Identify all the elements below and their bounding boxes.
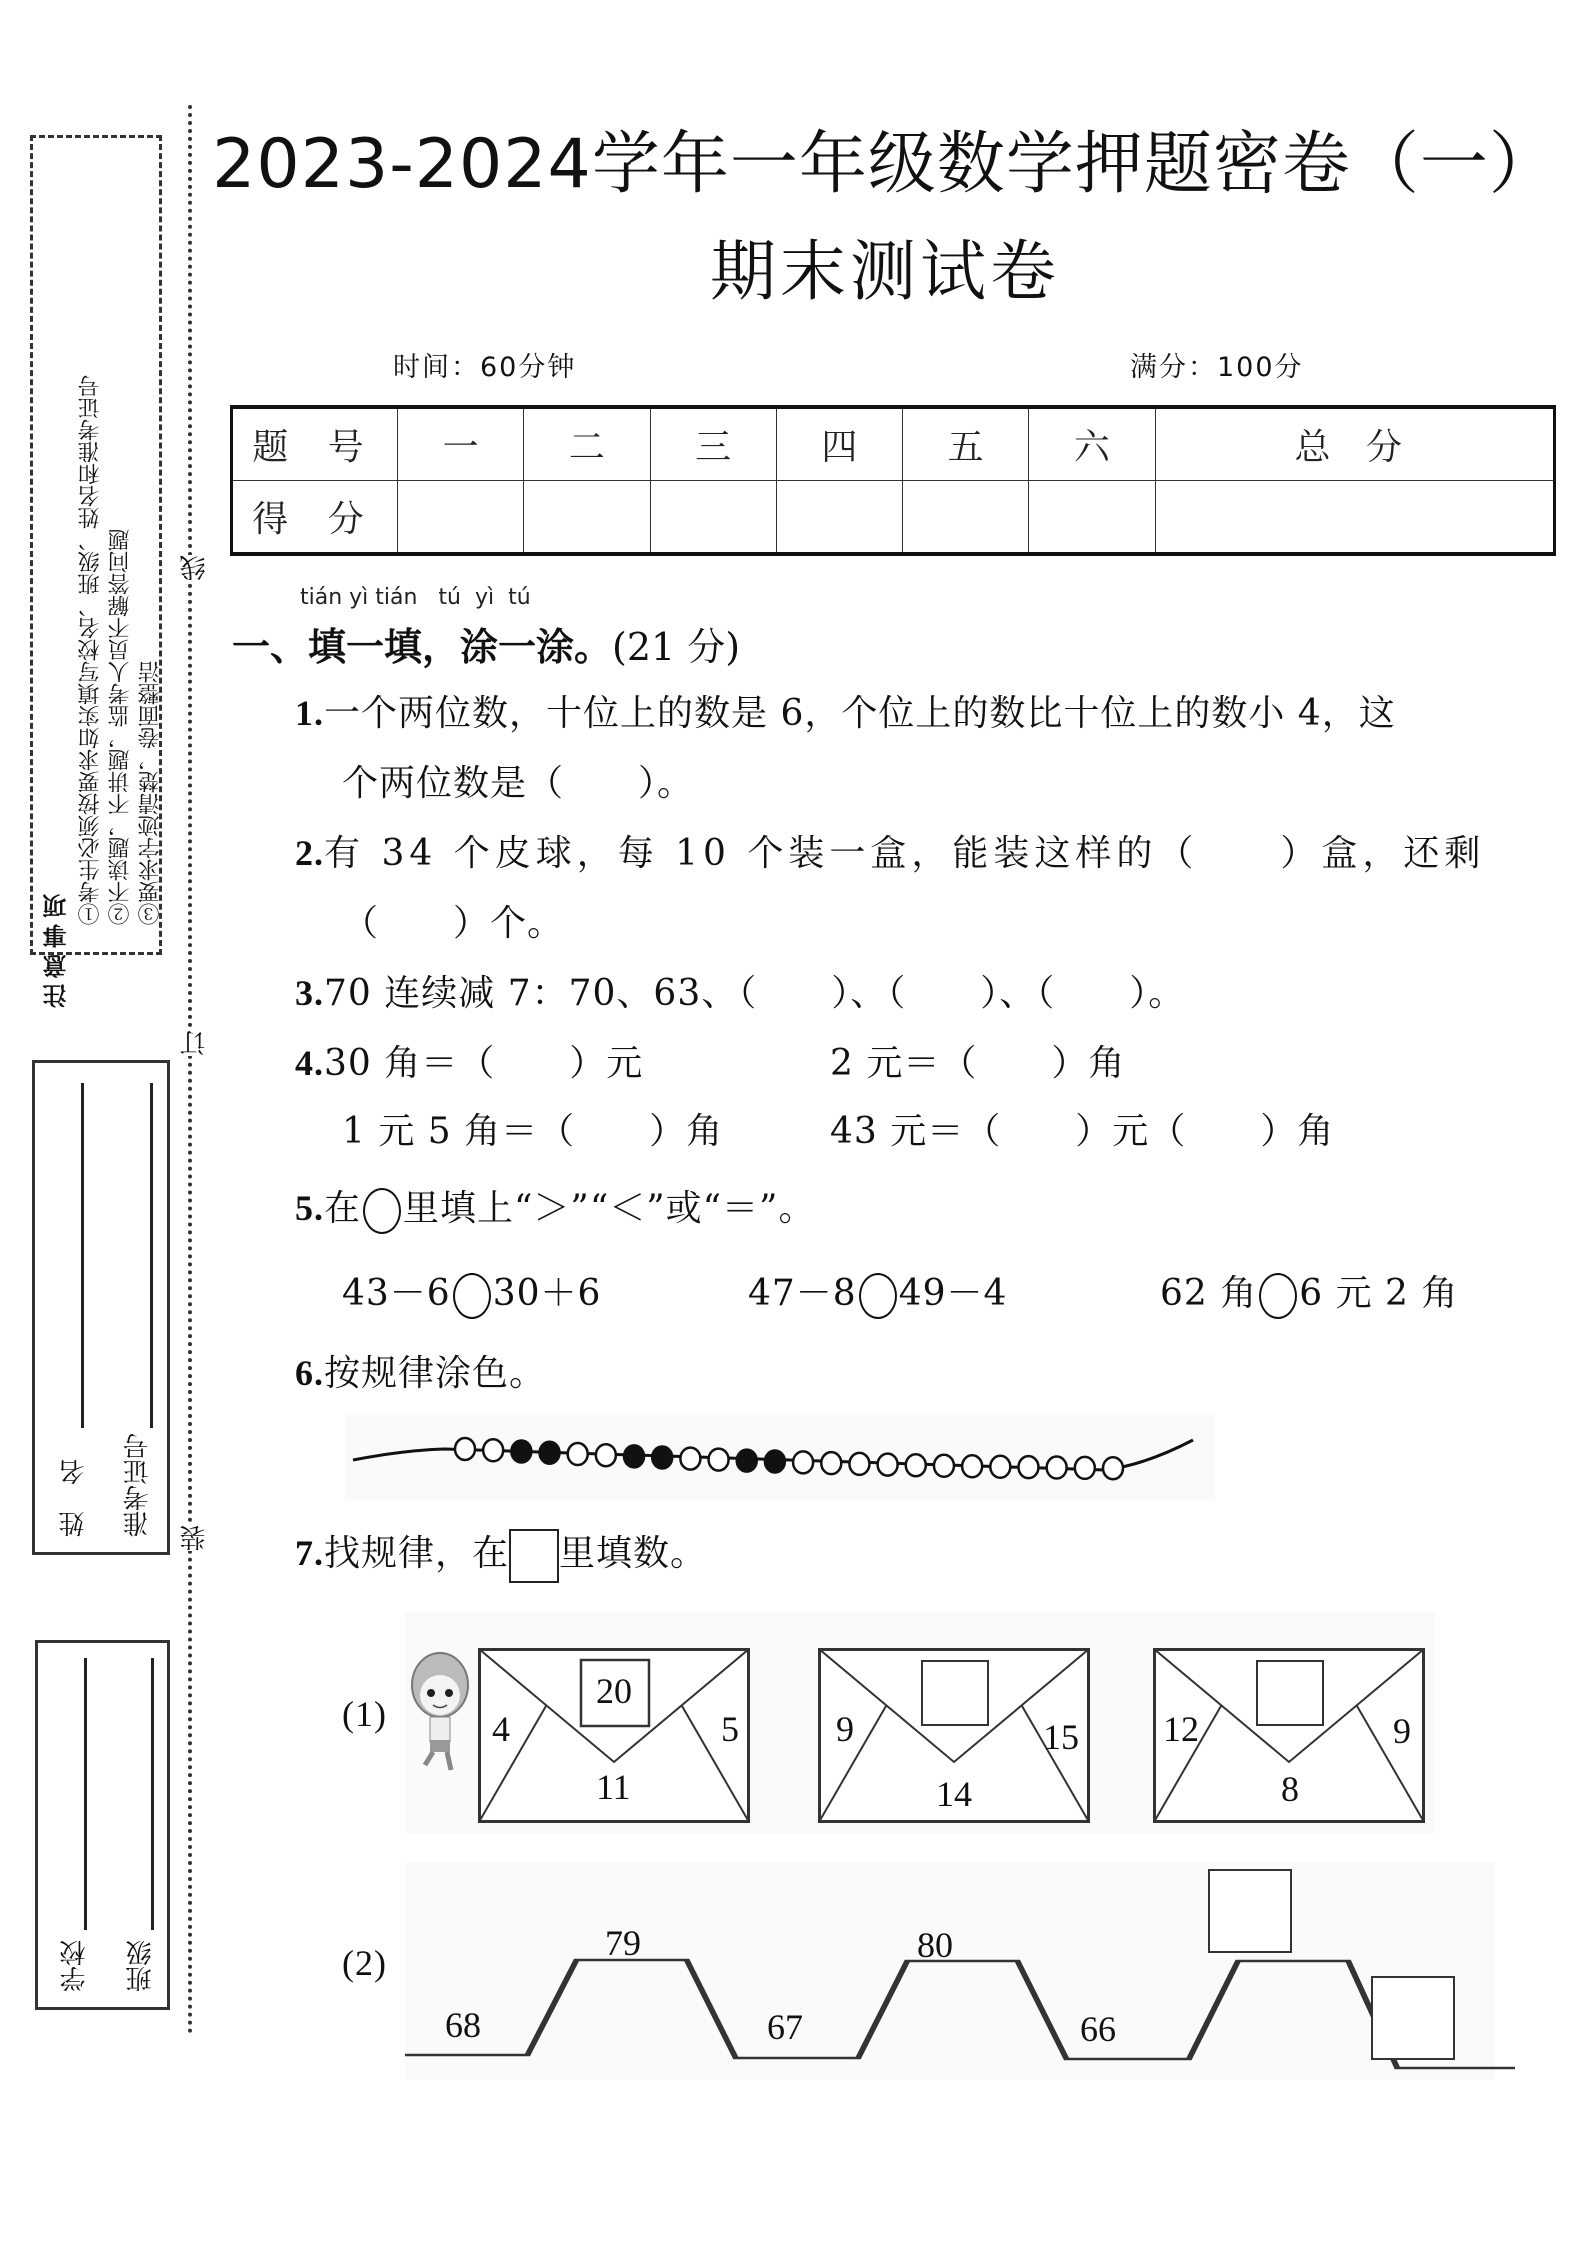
score-cell: 六 (1029, 407, 1155, 481)
bead-empty[interactable] (709, 1449, 729, 1471)
exam-id-input[interactable] (150, 1083, 153, 1428)
zigzag-low-value: 66 (1080, 2008, 1116, 2050)
cut-mark-line: 线 (176, 555, 213, 581)
envelope-3: 12 9 8 (1153, 1648, 1425, 1823)
zigzag-low-value: 68 (445, 2004, 481, 2046)
part-2-label: (2) (342, 1942, 387, 1984)
score-cell: 得 分 (232, 481, 398, 555)
envelope-top-value: 20 (596, 1670, 632, 1712)
compare-left: 62 角 (1160, 1273, 1257, 1314)
compare-item-3: 62 角6 元 2 角 (1160, 1265, 1458, 1319)
question-number: 1. (295, 693, 324, 733)
question-number: 7. (295, 1533, 324, 1573)
bead-empty[interactable] (455, 1438, 475, 1460)
bead-empty[interactable] (1103, 1457, 1123, 1479)
question-5: 5.在里填上“＞”“＜”或“＝”。 (295, 1180, 815, 1234)
bead-empty[interactable] (962, 1455, 982, 1477)
score-table-score-row: 得 分 (232, 481, 1555, 555)
envelope-right-value: 15 (1043, 1716, 1079, 1758)
question-4a[interactable]: 30 角＝（ ）元 (324, 1043, 643, 1084)
bead-empty[interactable] (596, 1444, 616, 1466)
bead-empty[interactable] (821, 1452, 841, 1474)
bead-empty[interactable] (878, 1454, 898, 1476)
compare-left: 43－6 (342, 1273, 451, 1314)
envelope-left-value: 4 (492, 1708, 510, 1750)
class-label: 班级 (122, 1940, 159, 1992)
question-2: 2.有 34 个皮球，每 10 个装一盒，能装这样的（ ）盒，还剩 (295, 825, 1485, 876)
bead-empty[interactable] (990, 1456, 1010, 1478)
compare-circle[interactable] (859, 1273, 897, 1319)
score-input-cell[interactable] (1155, 481, 1555, 555)
bead-string (345, 1415, 1215, 1500)
envelope-top-answer-box[interactable] (1256, 1660, 1324, 1726)
zigzag-figure: 68 79 67 80 66 (405, 1862, 1515, 2080)
question-text: 里填上“＞”“＜”或“＝”。 (403, 1188, 815, 1229)
score-input-cell[interactable] (1029, 481, 1155, 555)
compare-right: 49－4 (899, 1273, 1008, 1314)
compare-right: 30＋6 (493, 1273, 602, 1314)
zigzag-low-value: 67 (767, 2006, 803, 2048)
name-label: 姓 名 (55, 1459, 92, 1537)
compare-left: 47－8 (748, 1273, 857, 1314)
section-title-text: 一、填一填，涂一涂。 (232, 625, 612, 669)
zigzag-high-value: 79 (605, 1922, 641, 1964)
question-number: 4. (295, 1043, 324, 1083)
student-info-box-1: 姓 名 准考证号 (32, 1060, 170, 1555)
question-4: 4.30 角＝（ ）元 (295, 1035, 643, 1086)
score-table-header-row: 题 号 一 二 三 四 五 六 总 分 (232, 407, 1555, 481)
score-cell: 二 (524, 407, 650, 481)
compare-circle[interactable] (453, 1273, 491, 1319)
notice-item-2: ②不读题，不讲题，监考人员不解答问题 (104, 410, 138, 925)
question-4d[interactable]: 43 元＝（ ）元（ ）角 (830, 1103, 1334, 1154)
score-input-cell[interactable] (903, 481, 1029, 555)
question-text: 一个两位数，十位上的数是 6，个位上的数比十位上的数小 4，这 (324, 693, 1396, 734)
bead-empty[interactable] (1047, 1457, 1067, 1479)
bead-empty[interactable] (1075, 1457, 1095, 1479)
bead-empty[interactable] (568, 1443, 588, 1465)
bead-empty[interactable] (906, 1454, 926, 1476)
score-input-cell[interactable] (398, 481, 524, 555)
notice-item-1: ①考生必须按要求如实填写校名、班级、姓名和准考证号 (74, 225, 108, 925)
bead-empty[interactable] (680, 1448, 700, 1470)
notice-item-3: ③要求字迹清楚，卷面整洁 (134, 560, 168, 925)
question-number: 2. (295, 833, 324, 873)
bead-filled (511, 1441, 531, 1463)
bead-empty[interactable] (849, 1453, 869, 1475)
section-pinyin: tián yì tián tú yì tú (300, 585, 531, 610)
bead-string-figure (345, 1415, 1215, 1500)
bead-filled (624, 1445, 644, 1467)
score-cell: 四 (776, 407, 902, 481)
cut-mark-staple: 装 (176, 1525, 213, 1551)
notice-label: 注意事项 (40, 888, 72, 1008)
envelope-bottom-value: 8 (1281, 1768, 1299, 1810)
score-cell: 三 (650, 407, 776, 481)
question-1: 1.一个两位数，十位上的数是 6，个位上的数比十位上的数小 4，这 (295, 685, 1396, 736)
question-2-line2[interactable]: （ ）个。 (342, 895, 564, 946)
zigzag-high-answer-box[interactable] (1208, 1869, 1292, 1953)
school-label: 学校 (56, 1940, 93, 1992)
question-number: 3. (295, 973, 324, 1013)
score-cell: 总 分 (1155, 407, 1555, 481)
bead-filled (540, 1442, 560, 1464)
boy-illustration (405, 1645, 475, 1775)
question-4b[interactable]: 2 元＝（ ）角 (830, 1035, 1125, 1086)
bead-filled (765, 1451, 785, 1473)
page-title: 2023-2024学年一年级数学押题密卷（一） (200, 110, 1570, 207)
score-input-cell[interactable] (650, 481, 776, 555)
zigzag-high-value: 80 (917, 1924, 953, 1966)
envelope-left-value: 9 (836, 1708, 854, 1750)
score-input-cell[interactable] (776, 481, 902, 555)
question-text[interactable]: 70 连续减 7：70、63、（ ）、（ ）、（ ）。 (324, 973, 1185, 1014)
question-text: 里填数。 (559, 1533, 707, 1574)
name-input[interactable] (81, 1083, 84, 1428)
question-text: 找规律，在 (324, 1533, 509, 1574)
bead-filled (737, 1450, 757, 1472)
question-text: 按规律涂色。 (324, 1353, 546, 1394)
question-7: 7.找规律，在里填数。 (295, 1525, 707, 1583)
question-4c[interactable]: 1 元 5 角＝（ ）角 (342, 1103, 723, 1154)
class-input[interactable] (151, 1658, 154, 1930)
student-info-box-2: 学校 班级 (35, 1640, 170, 2010)
exam-id-label: 准考证号 (119, 1433, 156, 1537)
envelope-bottom-value: 11 (596, 1766, 631, 1808)
compare-item-1: 43－630＋6 (342, 1265, 601, 1319)
question-3: 3.70 连续减 7：70、63、（ ）、（ ）、（ ）。 (295, 965, 1185, 1016)
score-cell: 题 号 (232, 407, 398, 481)
cut-line (188, 105, 192, 2035)
question-text[interactable]: 有 34 个皮球，每 10 个装一盒，能装这样的（ ）盒，还剩 (324, 833, 1485, 874)
compare-right: 6 元 2 角 (1299, 1273, 1458, 1314)
question-6: 6.按规律涂色。 (295, 1345, 546, 1396)
school-input[interactable] (84, 1658, 87, 1930)
section-points: (21 分) (612, 625, 740, 669)
envelope-1: 20 4 5 11 (478, 1648, 750, 1823)
page-subtitle: 期末测试卷 (200, 218, 1570, 313)
square-icon (509, 1529, 559, 1583)
section-title: 一、填一填，涂一涂。(21 分) (232, 616, 740, 671)
envelope-right-value: 9 (1393, 1710, 1411, 1752)
envelope-left-value: 12 (1163, 1708, 1199, 1750)
envelope-bottom-value: 14 (936, 1773, 972, 1815)
part-1-label: (1) (342, 1693, 387, 1735)
score-table: 题 号 一 二 三 四 五 六 总 分 得 分 (230, 405, 1556, 556)
envelope-2: 9 15 14 (818, 1648, 1090, 1823)
score-cell: 一 (398, 407, 524, 481)
bead-empty[interactable] (1018, 1456, 1038, 1478)
question-number: 6. (295, 1353, 324, 1393)
question-text: 在 (324, 1188, 361, 1229)
question-1-line2[interactable]: 个两位数是（ ）。 (342, 755, 694, 806)
bead-empty[interactable] (483, 1439, 503, 1461)
envelope-top-answer-box[interactable] (921, 1660, 989, 1726)
compare-circle[interactable] (1259, 1273, 1297, 1319)
score-input-cell[interactable] (524, 481, 650, 555)
circle-icon (363, 1188, 401, 1234)
zigzag-low-answer-box[interactable] (1371, 1976, 1455, 2060)
bead-empty[interactable] (793, 1451, 813, 1473)
exam-time: 时间：60分钟 (393, 345, 576, 384)
score-cell: 五 (903, 407, 1029, 481)
compare-item-2: 47－849－4 (748, 1265, 1007, 1319)
question-number: 5. (295, 1188, 324, 1228)
bead-empty[interactable] (934, 1455, 954, 1477)
full-score: 满分：100分 (1130, 345, 1304, 384)
cut-mark-bind: 订 (176, 1030, 213, 1056)
bead-filled (652, 1447, 672, 1469)
envelope-right-value: 5 (721, 1708, 739, 1750)
